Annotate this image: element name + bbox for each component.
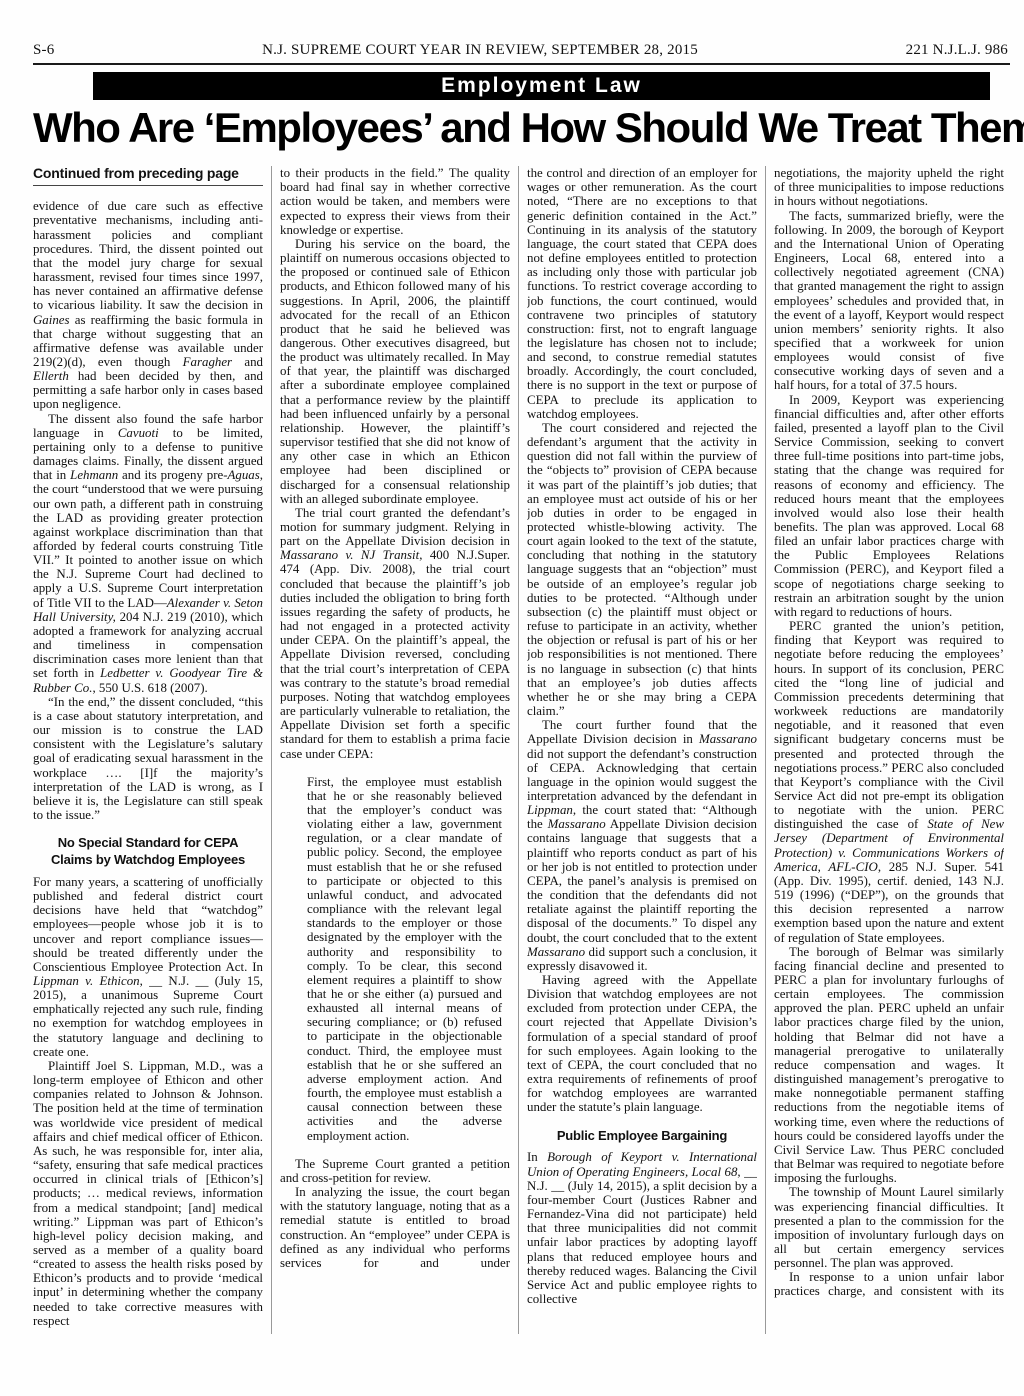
article-column-3: the control and direction of an employer… [527,166,757,1346]
paragraph: The dissent also found the safe harbor l… [33,412,263,695]
section-banner: Employment Law [93,72,990,100]
article-column-1: Continued from preceding pageevidence of… [33,166,263,1346]
article-column-2: to their products in the field.” The qua… [280,166,510,1346]
section-heading: No Special Standard for CEPA Claims by W… [37,835,259,869]
paragraph: During his service on the board, the pla… [280,237,510,506]
article-columns: Continued from preceding pageevidence of… [0,150,1024,1346]
masthead-title: N.J. SUPREME COURT YEAR IN REVIEW, SEPTE… [54,42,905,59]
article-headline: Who Are ‘Employees’ and How Should We Tr… [33,106,1004,150]
section-heading: Public Employee Bargaining [531,1128,753,1145]
paragraph: “In the end,” the dissent concluded, “th… [33,695,263,822]
paragraph: In analyzing the issue, the court began … [280,1185,510,1270]
newspaper-page: S-6 N.J. SUPREME COURT YEAR IN REVIEW, S… [0,0,1024,1396]
page-number: S-6 [33,42,54,59]
column-divider [765,166,766,1334]
article-column-4: negotiations, the majority upheld the ri… [774,166,1004,1346]
continued-note: Continued from preceding page [33,166,263,186]
masthead-rule [33,63,1010,65]
paragraph: For many years, a scattering of unoffici… [33,875,263,1059]
paragraph: evidence of due care such as effective p… [33,199,263,411]
paragraph: the control and direction of an employer… [527,166,757,421]
paragraph: Plaintiff Joel S. Lippman, M.D., was a l… [33,1059,263,1328]
masthead-issue: 221 N.J.L.J. 986 [906,42,1008,59]
paragraph: The borough of Belmar was similarly faci… [774,945,1004,1186]
paragraph: The facts, summarized briefly, were the … [774,209,1004,393]
paragraph: PERC granted the union’s petition, findi… [774,619,1004,945]
paragraph: negotiations, the majority upheld the ri… [774,166,1004,208]
masthead: S-6 N.J. SUPREME COURT YEAR IN REVIEW, S… [0,0,1024,59]
column-divider [271,166,272,1334]
column-divider [518,166,519,1334]
paragraph: The Supreme Court granted a petition and… [280,1157,510,1185]
paragraph: Having agreed with the Appellate Divisio… [527,973,757,1115]
paragraph: to their products in the field.” The qua… [280,166,510,237]
paragraph: In Borough of Keyport v. International U… [527,1150,757,1306]
paragraph: The trial court granted the defendant’s … [280,506,510,761]
paragraph: The township of Mount Laurel similarly w… [774,1185,1004,1270]
block-quote: First, the employee must establish that … [307,775,502,1143]
section-banner-label: Employment Law [441,74,642,98]
paragraph: The court considered and rejected the de… [527,421,757,718]
paragraph: In 2009, Keyport was experiencing financ… [774,393,1004,620]
paragraph: The court further found that the Appella… [527,718,757,973]
paragraph: In response to a union unfair labor prac… [774,1270,1004,1298]
